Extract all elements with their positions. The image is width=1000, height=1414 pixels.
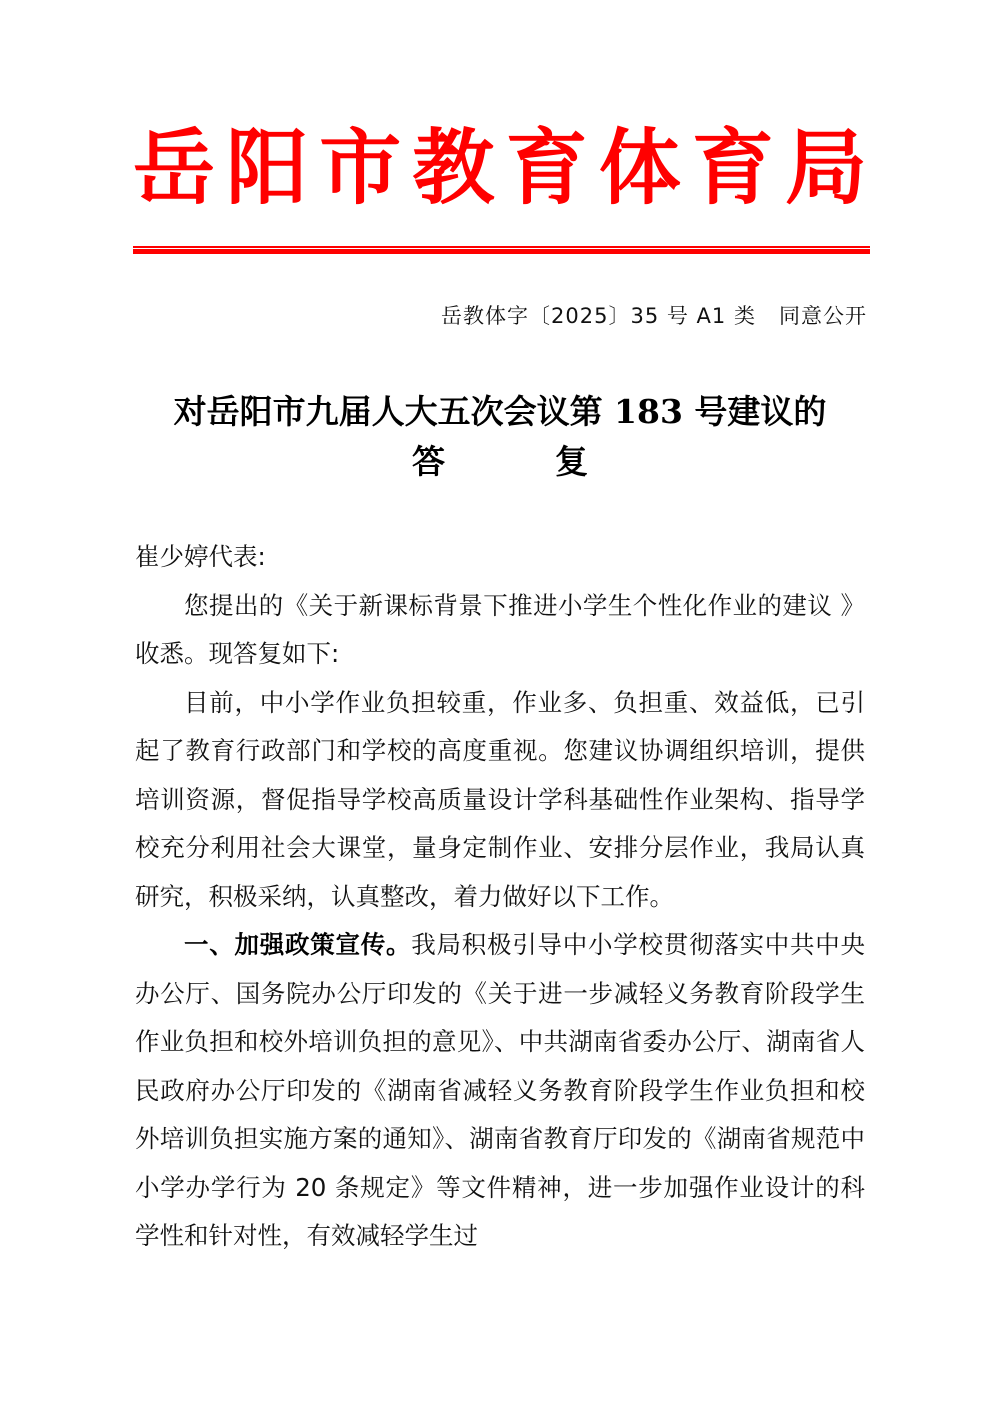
document-title-line2: 答复	[100, 436, 900, 483]
masthead-char: 阳	[226, 127, 308, 209]
paragraph-3: 一、加强政策宣传。我局积极引导中小学校贯彻落实中共中央办公厅、国务院办公厅印发的…	[135, 921, 865, 1261]
document-body: 崔少婷代表: 您提出的《关于新课标背景下推进小学生个性化作业的建议 》收悉。现答…	[135, 533, 865, 1261]
paragraph-1: 您提出的《关于新课标背景下推进小学生个性化作业的建议 》收悉。现答复如下:	[135, 582, 865, 679]
document-number: 岳教体字〔2025〕35 号 A1 类 同意公开	[441, 300, 867, 330]
title-char-answer: 答	[412, 436, 445, 483]
masthead-char: 教	[412, 127, 494, 209]
masthead-char: 育	[506, 127, 588, 209]
document-page: 岳 阳 市 教 育 体 育 局 岳教体字〔2025〕35 号 A1 类 同意公开…	[0, 0, 1000, 1414]
section-heading-1: 一、加强政策宣传。	[184, 930, 411, 959]
masthead-char: 体	[599, 127, 681, 209]
salutation: 崔少婷代表:	[135, 533, 865, 582]
red-divider-thin	[133, 246, 870, 248]
red-divider-thick	[133, 249, 870, 254]
masthead-char: 市	[319, 127, 401, 209]
document-title-line1: 对岳阳市九届人大五次会议第 183 号建议的	[100, 386, 900, 433]
masthead-char: 局	[785, 127, 867, 209]
masthead-char: 育	[692, 127, 774, 209]
masthead-title: 岳 阳 市 教 育 体 育 局	[133, 118, 867, 218]
paragraph-3-text: 我局积极引导中小学校贯彻落实中共中央办公厅、国务院办公厅印发的《关于进一步减轻义…	[135, 930, 865, 1250]
title-char-reply: 复	[555, 436, 588, 483]
masthead-char: 岳	[133, 127, 215, 209]
paragraph-2: 目前，中小学作业负担较重，作业多、负担重、效益低，已引起了教育行政部门和学校的高…	[135, 679, 865, 922]
